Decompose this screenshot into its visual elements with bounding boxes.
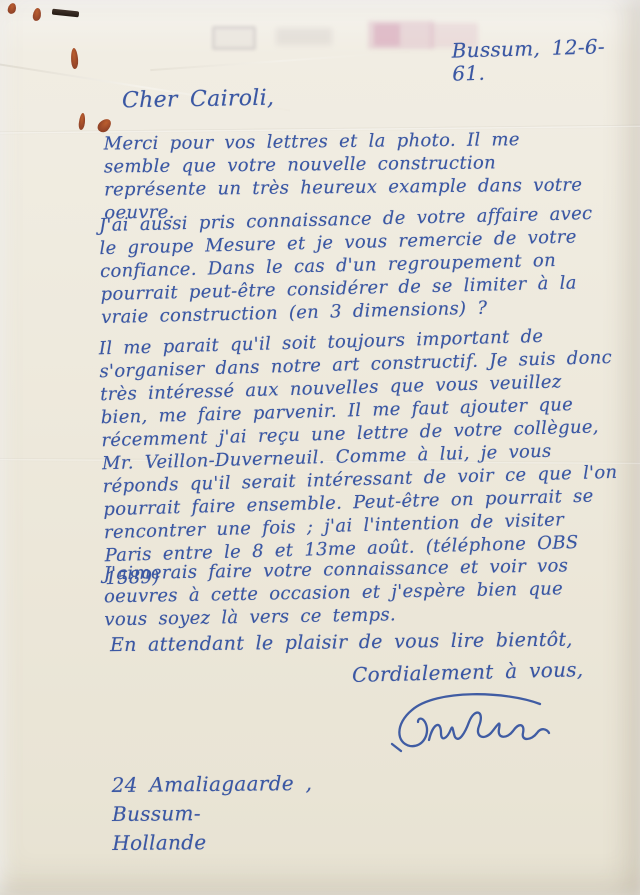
stamp-bleedthrough-text bbox=[276, 28, 332, 45]
date-line: Bussum, 12-6-61. bbox=[451, 34, 637, 85]
staple-mark bbox=[52, 9, 79, 18]
address-line-country: Hollande bbox=[112, 827, 313, 858]
stamp-bleedthrough-pink bbox=[368, 21, 434, 49]
signature bbox=[382, 688, 552, 764]
address-line-street: 24 Amaliagaarde , bbox=[112, 769, 313, 800]
ink-stain bbox=[7, 2, 17, 15]
address-line-city: Bussum- bbox=[112, 798, 313, 829]
paragraph-3: Il me parait qu'il soit toujours importa… bbox=[99, 323, 624, 590]
sender-address: 24 Amaliagaarde , Bussum- Hollande bbox=[112, 769, 313, 858]
ink-stain bbox=[78, 113, 86, 131]
wrinkle-line bbox=[150, 51, 410, 71]
salutation: Cher Cairoli, bbox=[122, 87, 275, 113]
closing: Cordialement à vous, bbox=[352, 658, 584, 687]
stamp-bleedthrough-pink-dark bbox=[374, 24, 400, 46]
ink-stain bbox=[70, 48, 78, 69]
paragraph-4: J'aimerais faire votre connaissance et v… bbox=[103, 554, 606, 632]
paragraph-2: J'ai aussi pris connaissance de votre af… bbox=[99, 202, 600, 329]
ink-stain bbox=[32, 8, 42, 22]
valediction: En attendant le plaisir de vous lire bie… bbox=[110, 628, 630, 657]
stamp-bleedthrough-box bbox=[212, 26, 256, 50]
letter-scan: Bussum, 12-6-61. Cher Cairoli, Merci pou… bbox=[0, 0, 640, 895]
